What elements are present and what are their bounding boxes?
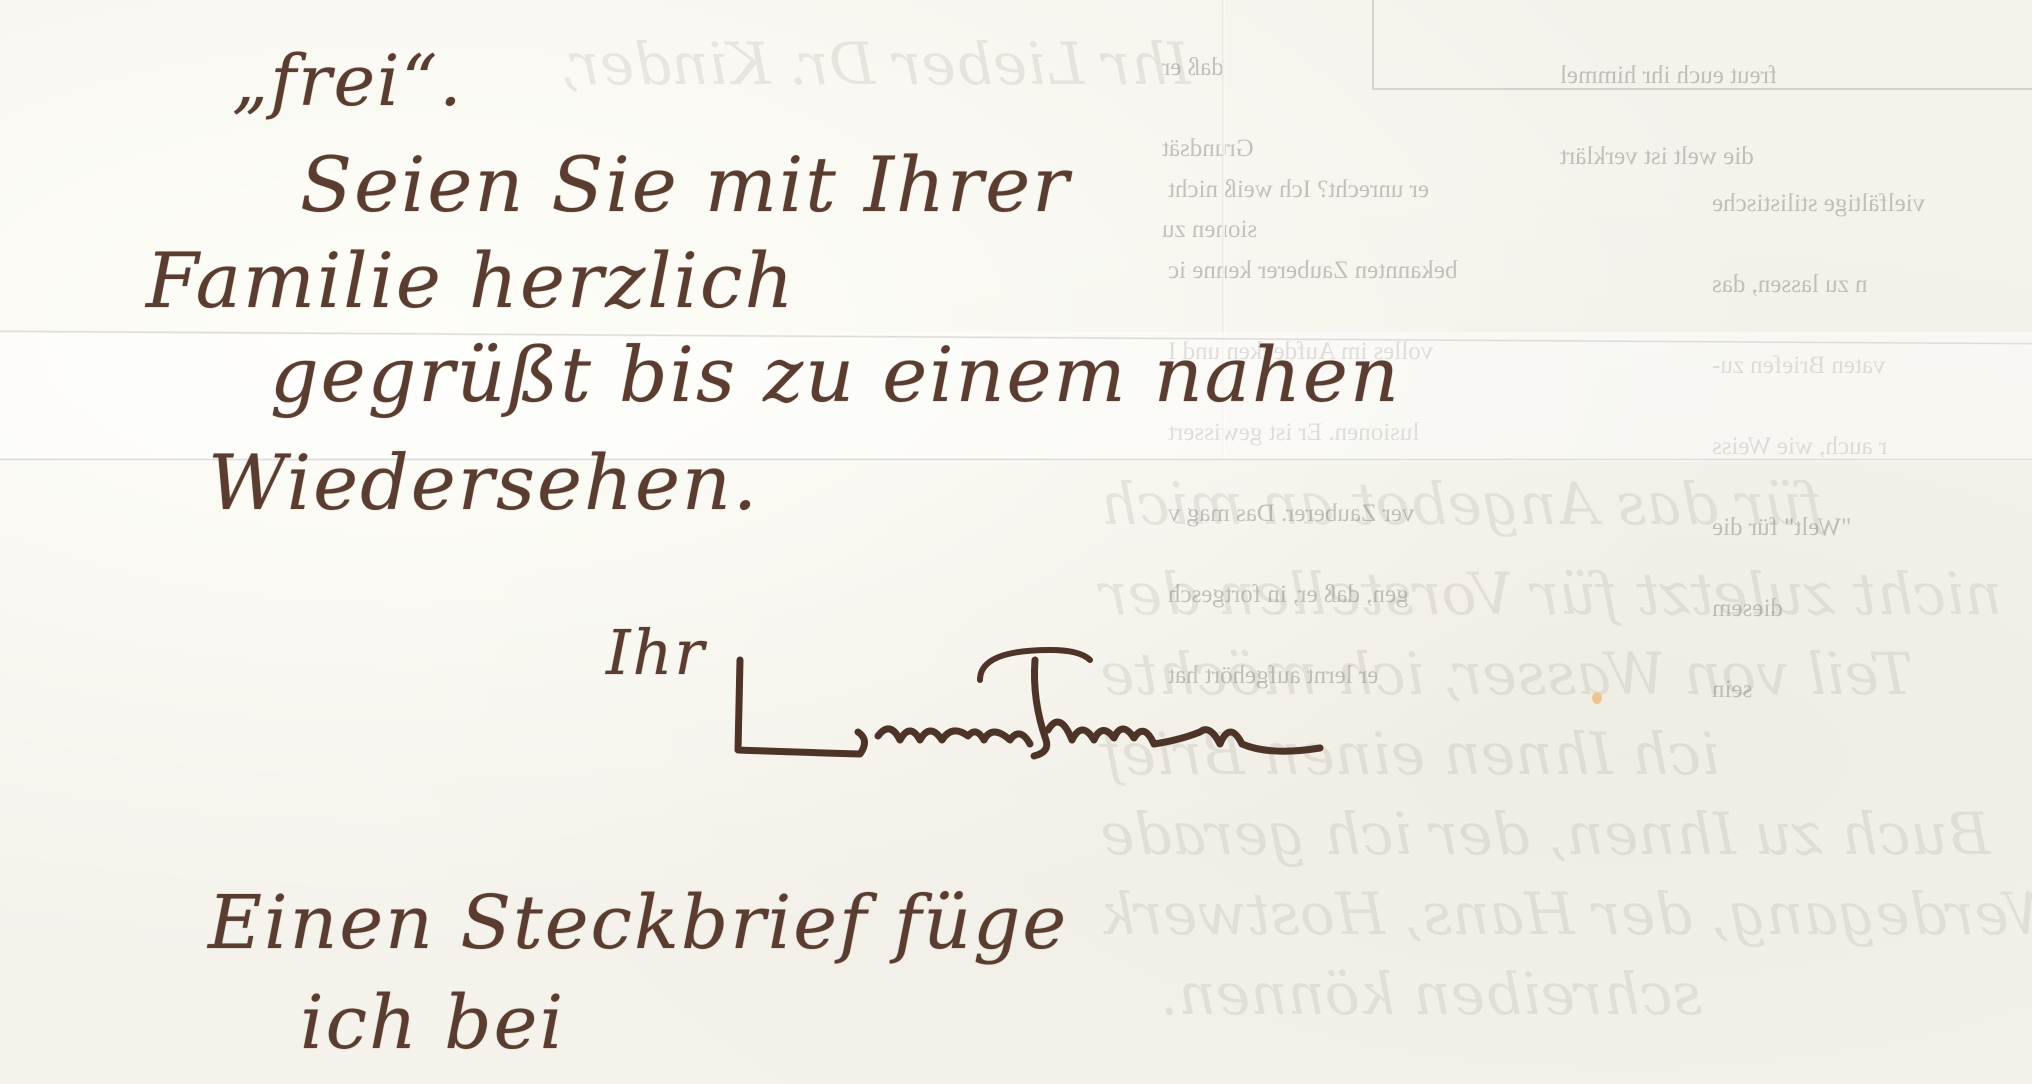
ghost-line: Werdegang, der Hans, Hostwerk [1100,880,2032,948]
handwritten-line: „frei“. [232,40,464,122]
handwritten-line: Seien Sie mit Ihrer [300,140,1071,229]
print-line: sein [1712,676,2032,703]
signature [730,640,1530,780]
postscript-line: ich bei [300,980,565,1066]
closing: Ihr [606,616,706,689]
paper-stain [1592,692,1602,704]
print-line: n zu lassen, das [1712,271,2032,298]
print-line: er unrecht? Ich weiß nicht [1168,176,1668,203]
poem-line: freut euch ihr himmel [1560,62,1980,89]
handwritten-line: gegrüßt bis zu einem nahen [270,330,1401,419]
ghost-line: Ihr Lieber Dr. Kinder, [560,30,1191,98]
print-line: gen, daß er, in fortgesch [1168,581,1668,608]
print-line: vielfältige stilistische [1712,190,2032,217]
print-line: "Welt" für die [1712,514,2032,541]
postscript-line: Einen Steckbrief füge [208,880,1068,966]
handwritten-line: Wiedersehen. [208,438,759,527]
print-line: daß er [1162,54,1332,81]
print-line: bekannten Zauberer kenne ic [1168,257,1668,284]
print-line: diesem [1712,595,2032,622]
handwritten-line: Familie herzlich [146,236,795,325]
print-line: ver Zauberer. Das mag v [1168,500,1668,527]
ghost-line: schreiben können. [1160,960,1702,1028]
ghost-line: Buch zu Ihnen, der ich gerade [1100,800,1990,868]
